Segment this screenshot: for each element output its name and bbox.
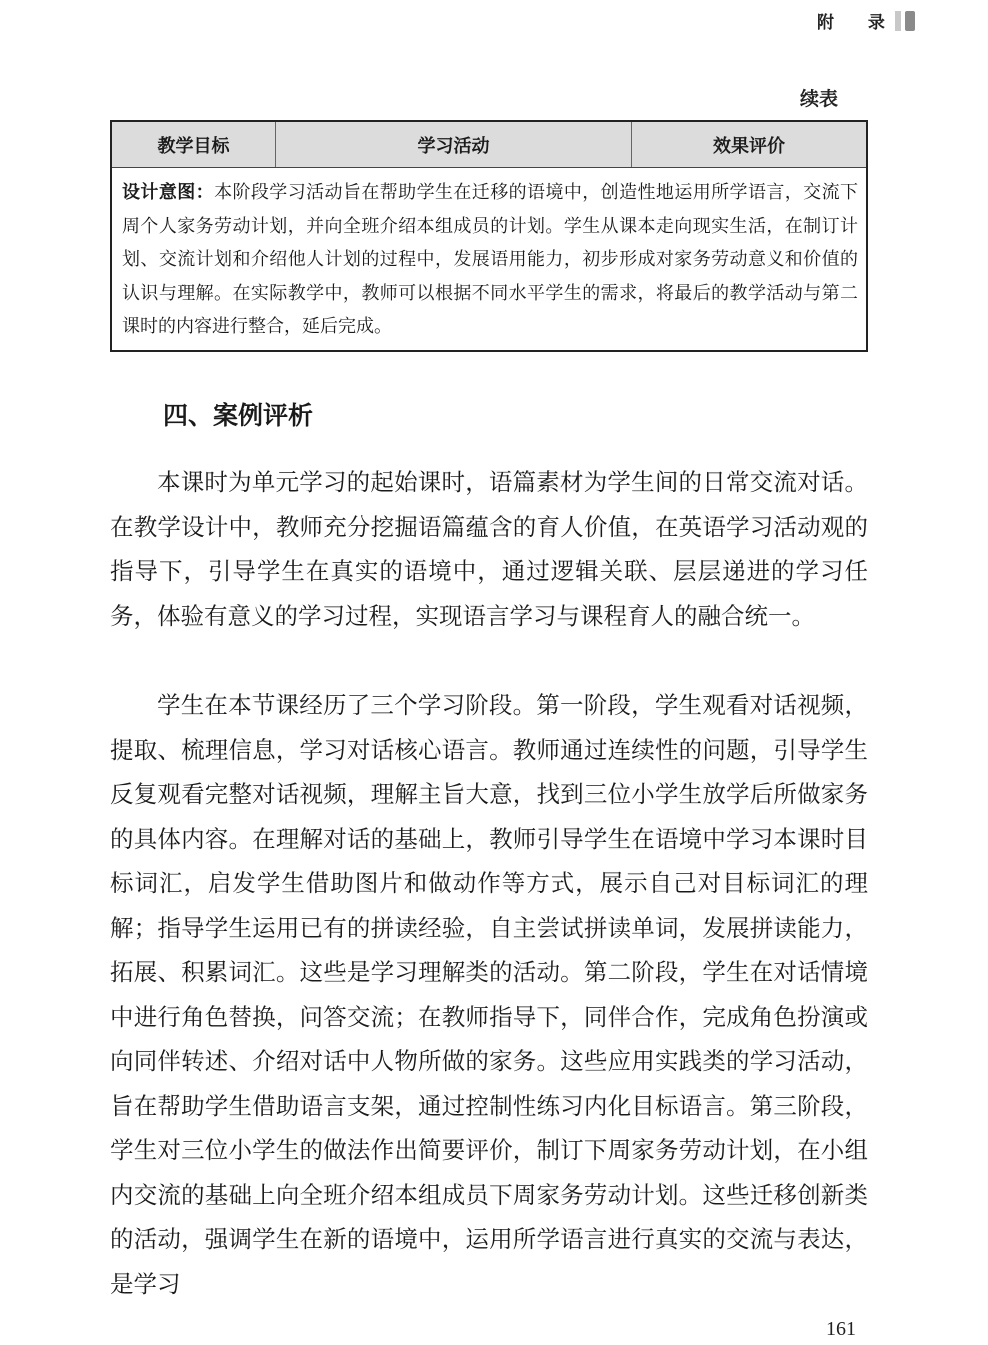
- table-header-row: 教学目标 学习活动 效果评价: [112, 122, 866, 168]
- running-head: 附 录: [817, 8, 915, 33]
- running-head-bar-dark-icon: [905, 11, 915, 31]
- table-continued-label: 续表: [800, 84, 838, 111]
- design-intent-text: 本阶段学习活动旨在帮助学生在迁移的语境中，创造性地运用所学语言，交流下周个人家务…: [122, 182, 858, 337]
- body-paragraph: 本课时为单元学习的起始课时，语篇素材为学生间的日常交流对话。在教学设计中，教师充…: [110, 460, 868, 638]
- table-header-effect-evaluation: 效果评价: [632, 122, 866, 167]
- body-paragraph: 学生在本节课经历了三个学习阶段。第一阶段，学生观看对话视频，提取、梳理信息，学习…: [110, 683, 868, 1306]
- table-header-teaching-goals: 教学目标: [112, 122, 276, 167]
- page-number: 161: [826, 1318, 856, 1341]
- section-heading: 四、案例评析: [163, 396, 313, 432]
- design-intent-label: 设计意图：: [122, 182, 214, 203]
- table-header-learning-activities: 学习活动: [276, 122, 632, 167]
- lesson-table: 教学目标 学习活动 效果评价 设计意图：本阶段学习活动旨在帮助学生在迁移的语境中…: [110, 120, 868, 352]
- running-head-title: 附 录: [817, 8, 899, 33]
- running-head-bar-light-icon: [895, 11, 901, 31]
- design-intent-cell: 设计意图：本阶段学习活动旨在帮助学生在迁移的语境中，创造性地运用所学语言，交流下…: [112, 168, 866, 350]
